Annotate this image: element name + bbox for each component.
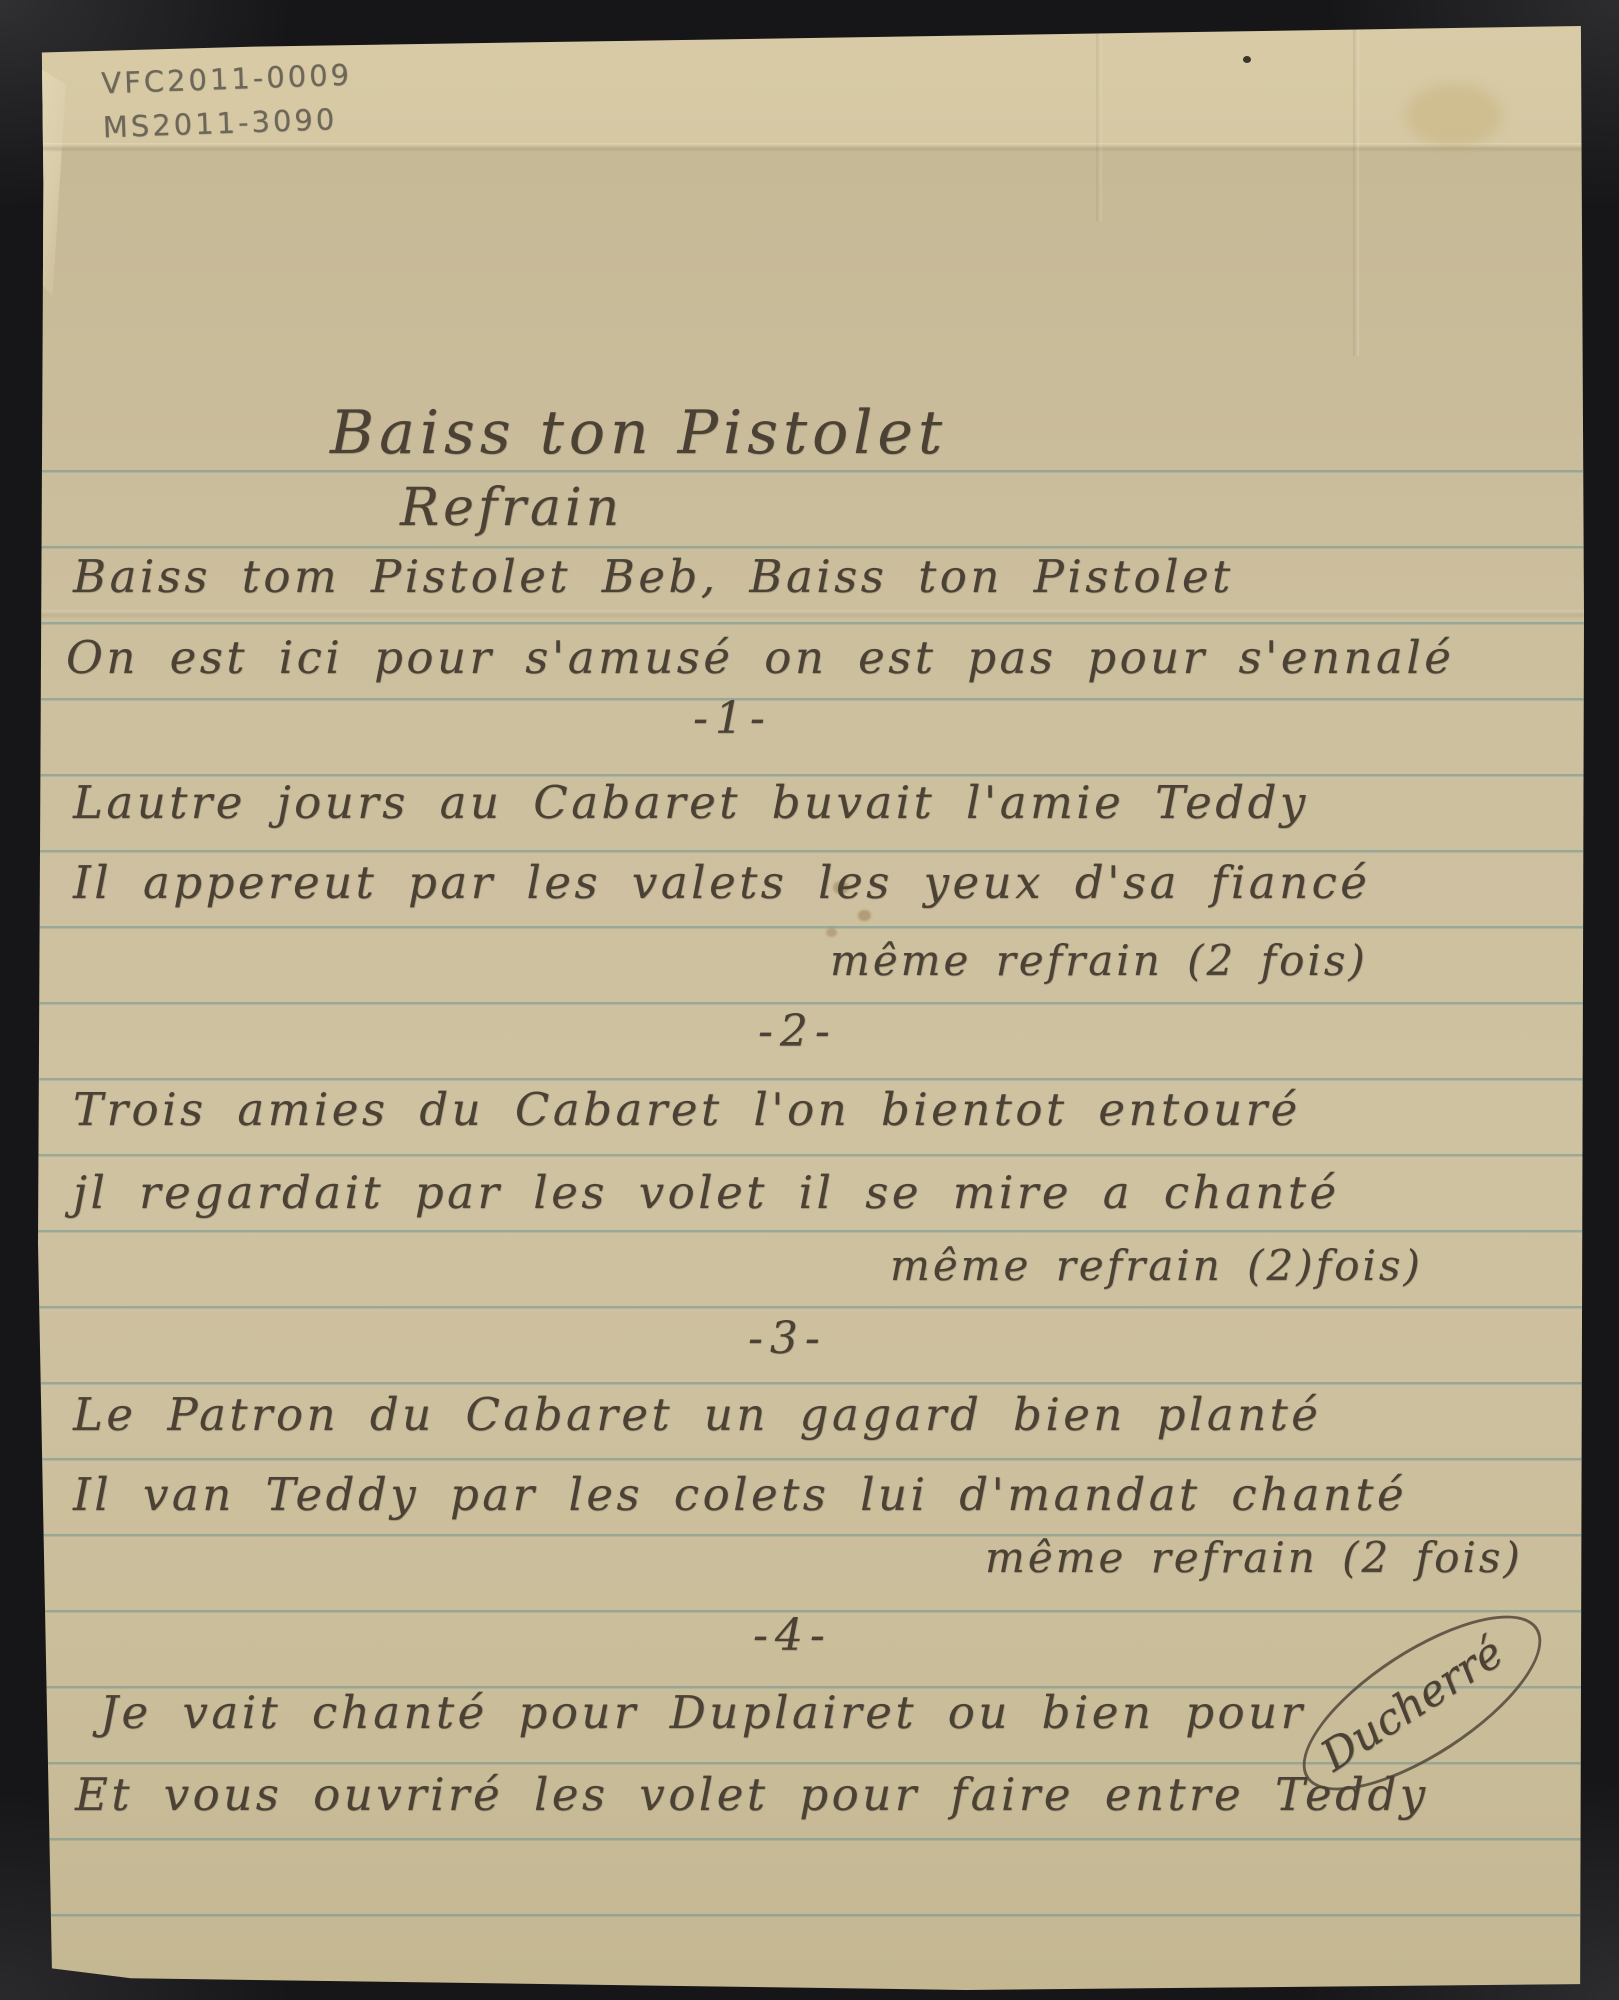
- stain: [1243, 56, 1251, 63]
- verse-line: jl regardait par les volet il se mire a …: [73, 1166, 1340, 1219]
- stain: [858, 910, 871, 921]
- archive-label-line2: MS2011-3090: [102, 97, 354, 149]
- verse-divider: -3-: [748, 1313, 827, 1364]
- verse-divider: -4-: [753, 1610, 832, 1661]
- verse-line: Et vous ouvriré les volet pour faire ent…: [75, 1768, 1429, 1821]
- refrain-note: même refrain (2 fois): [985, 1533, 1523, 1582]
- refrain-line: On est ici pour s'amusé on est pas pour …: [66, 631, 1454, 684]
- manuscript-paper: VFC2011-0009 MS2011-3090 Baiss ton Pisto…: [38, 26, 1584, 1990]
- verse-line: Le Patron du Cabaret un gagard bien plan…: [73, 1388, 1321, 1441]
- verse-line: Il appereut par les valets les yeux d'sa…: [73, 856, 1370, 909]
- refrain-note: même refrain (2)fois): [890, 1241, 1423, 1290]
- verse-line: Trois amies du Cabaret l'on bientot ento…: [73, 1083, 1301, 1136]
- verse-line: Je vait chanté pour Duplairet ou bien po…: [100, 1686, 1306, 1739]
- verse-line: Il van Teddy par les colets lui d'mandat…: [73, 1468, 1407, 1521]
- verse-line: Lautre jours au Cabaret buvait l'amie Te…: [73, 776, 1309, 829]
- refrain-line: Baiss tom Pistolet Beb, Baiss ton Pistol…: [73, 550, 1234, 603]
- refrain-heading: Refrain: [400, 478, 623, 538]
- fold-crease: [38, 610, 1584, 619]
- refrain-note: même refrain (2 fois): [830, 936, 1368, 985]
- torn-edge: [36, 66, 66, 296]
- stain: [1406, 84, 1502, 146]
- verse-divider: -1-: [693, 693, 772, 744]
- song-title: Baiss ton Pistolet: [330, 398, 947, 468]
- archive-label: VFC2011-0009 MS2011-3090: [101, 54, 355, 150]
- fold-crease: [1096, 26, 1102, 221]
- fold-crease: [1353, 26, 1359, 356]
- verse-divider: -2-: [758, 1006, 837, 1057]
